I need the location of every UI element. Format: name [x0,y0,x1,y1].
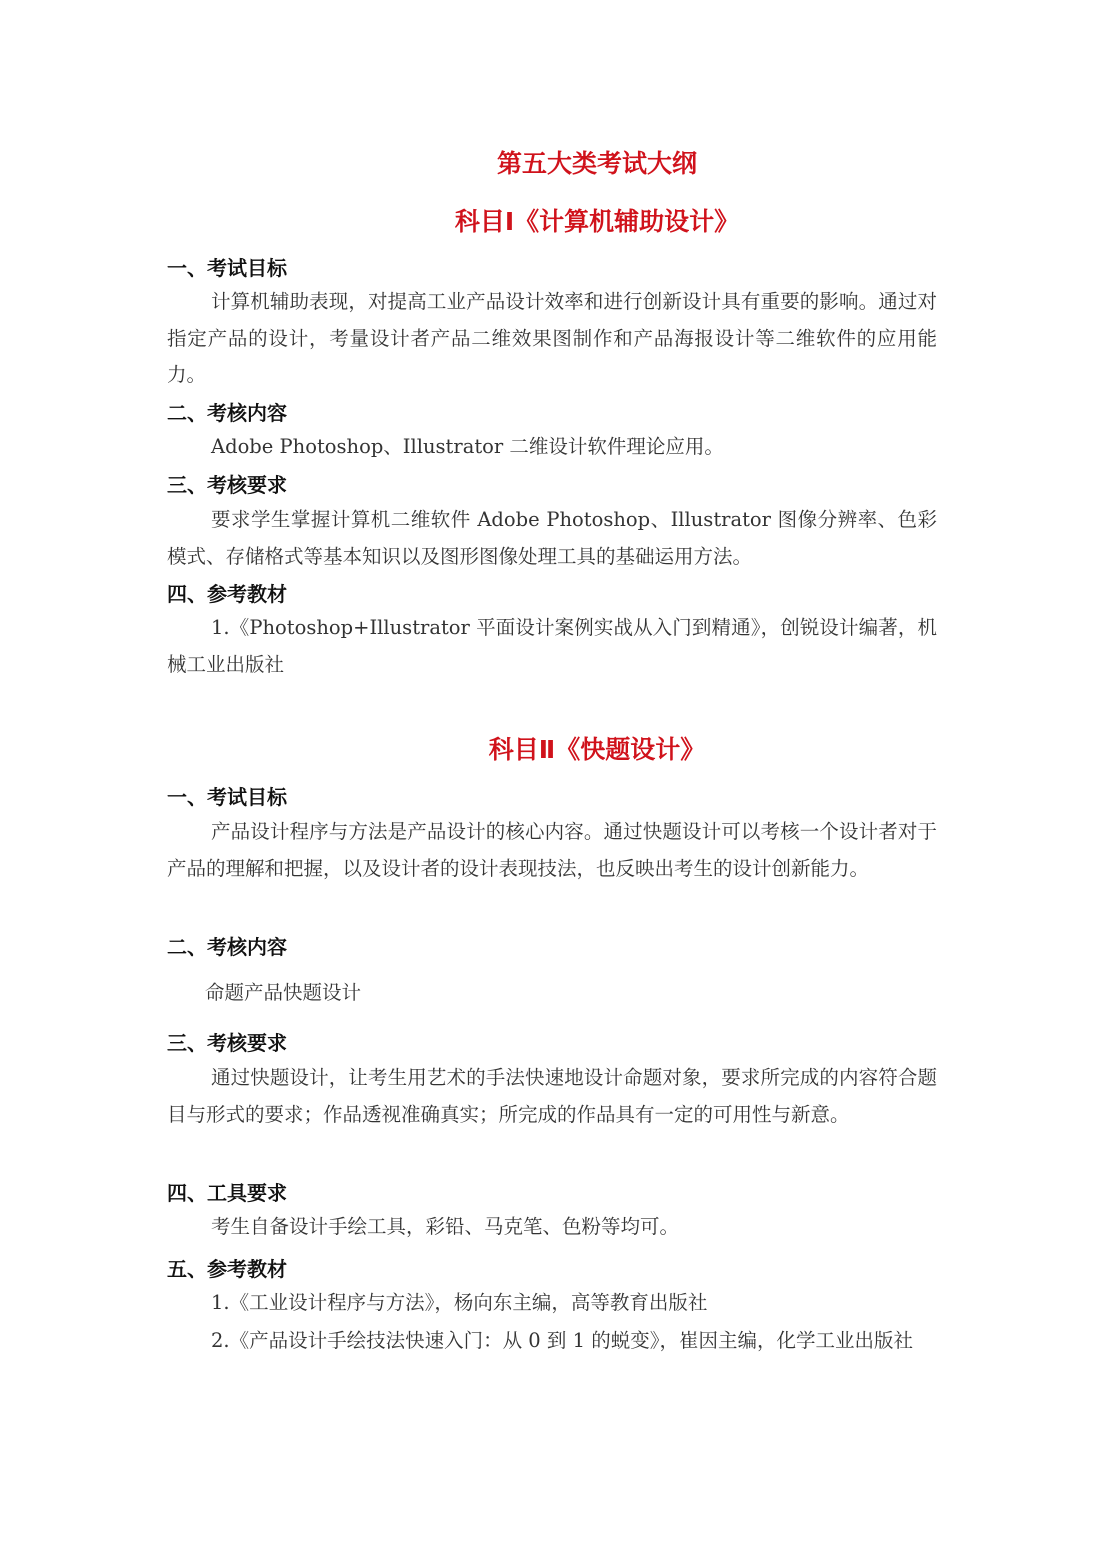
s1-section-4-text: 1.《Photoshop+Illustrator 平面设计案例实战从入门到精通》… [167,610,937,683]
s2-section-1-text: 产品设计程序与方法是产品设计的核心内容。通过快题设计可以考核一个设计者对于产品的… [167,814,937,887]
s2-reference-2: 2.《产品设计手绘技法快速入门：从 0 到 1 的蜕变》，崔因主编，化学工业出版… [167,1323,937,1360]
s1-section-2-text: Adobe Photoshop、Illustrator 二维设计软件理论应用。 [167,429,937,466]
s2-section-2-label: 二、考核内容 [167,931,287,960]
s2-section-3-text: 通过快题设计，让考生用艺术的手法快速地设计命题对象，要求所完成的内容符合题目与形… [167,1060,937,1133]
s2-section-4-text: 考生自备设计手绘工具，彩铅、马克笔、色粉等均可。 [167,1209,937,1246]
s2-section-1-label: 一、考试目标 [167,781,287,810]
s2-section-5-label: 五、参考教材 [167,1253,287,1282]
s1-section-4-label: 四、参考教材 [167,578,287,607]
s1-section-3-text: 要求学生掌握计算机二维软件 Adobe Photoshop、Illustrato… [167,502,937,575]
subject-1-heading: 科目Ⅰ《计算机辅助设计》 [212,202,982,238]
s1-section-1-label: 一、考试目标 [167,252,287,281]
s1-section-1-text: 计算机辅助表现，对提高工业产品设计效率和进行创新设计具有重要的影响。通过对指定产… [167,284,937,394]
s2-section-4-label: 四、工具要求 [167,1177,287,1206]
s2-reference-1: 1.《工业设计程序与方法》，杨向东主编，高等教育出版社 [167,1285,937,1322]
s1-section-3-label: 三、考核要求 [167,469,287,498]
document-title: 第五大类考试大纲 [212,144,982,180]
s2-section-3-label: 三、考核要求 [167,1027,287,1056]
subject-2-heading: 科目Ⅱ《快题设计》 [212,730,982,766]
s1-section-2-label: 二、考核内容 [167,397,287,426]
s2-section-2-text: 命题产品快题设计 [167,975,975,1012]
